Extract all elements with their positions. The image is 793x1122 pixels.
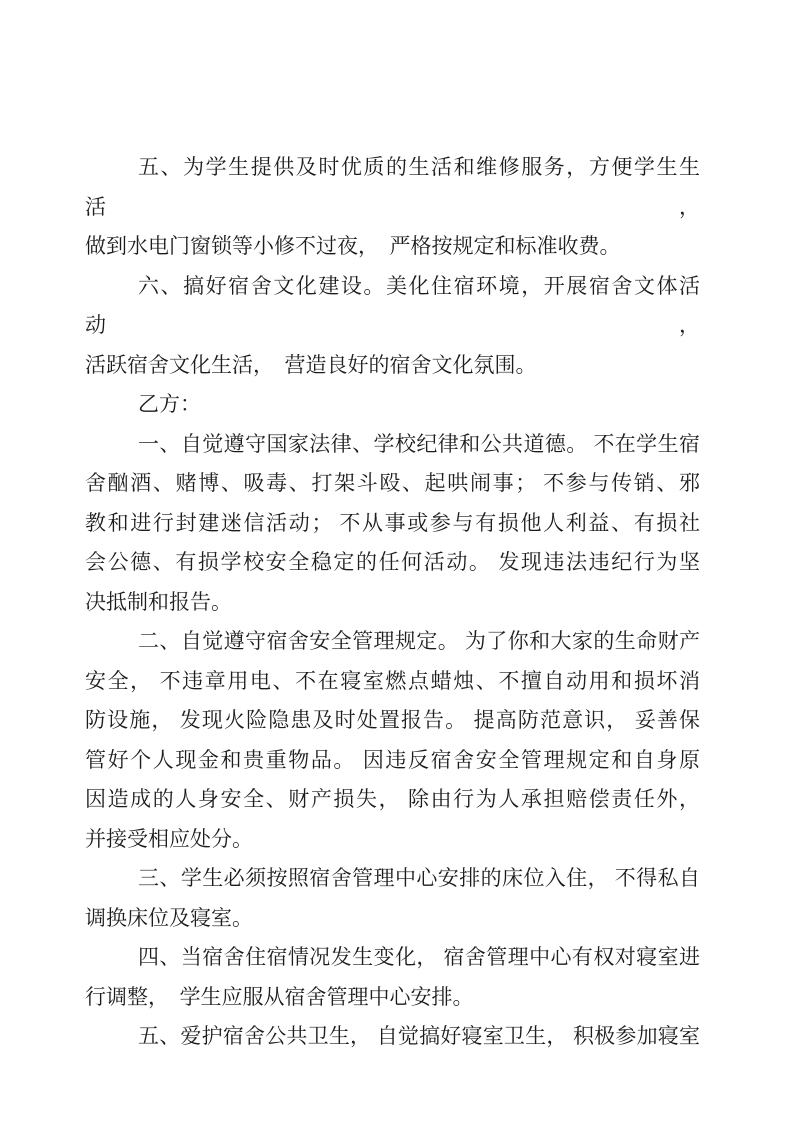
document-line: 六、搞好宿舍文化建设。美化住宿环境，开展宿舍文体活动， bbox=[85, 267, 700, 346]
document-line-party-b-heading: 乙方： bbox=[85, 385, 700, 425]
document-line: 教和进行封建迷信活动； 不从事或参与有损他人利益、有损社 bbox=[85, 504, 700, 544]
document-line: 决抵制和报告。 bbox=[85, 583, 700, 623]
document-line: 因造成的人身安全、财产损失， 除由行为人承担赔偿责任外， bbox=[85, 780, 700, 820]
document-line: 一、自觉遵守国家法律、学校纪律和公共道德。 不在学生宿 bbox=[85, 425, 700, 465]
document-text-block: 五、为学生提供及时优质的生活和维修服务，方便学生生活， 做到水电门窗锁等小修不过… bbox=[85, 148, 700, 1057]
document-line: 二、自觉遵守宿舍安全管理规定。 为了你和大家的生命财产 bbox=[85, 622, 700, 662]
document-page: 五、为学生提供及时优质的生活和维修服务，方便学生生活， 做到水电门窗锁等小修不过… bbox=[0, 0, 793, 1122]
document-line: 会公德、有损学校安全稳定的任何活动。 发现违法违纪行为坚 bbox=[85, 543, 700, 583]
document-line: 三、学生必须按照宿舍管理中心安排的床位入住， 不得私自 bbox=[85, 859, 700, 899]
document-line: 安全， 不违章用电、不在寝室燃点蜡烛、不擅自动用和损坏消 bbox=[85, 662, 700, 702]
document-line: 舍酗酒、赌博、吸毒、打架斗殴、起哄闹事； 不参与传销、邪 bbox=[85, 464, 700, 504]
document-line: 行调整， 学生应服从宿舍管理中心安排。 bbox=[85, 978, 700, 1018]
document-line: 四、当宿舍住宿情况发生变化， 宿舍管理中心有权对寝室进 bbox=[85, 938, 700, 978]
document-line: 调换床位及寝室。 bbox=[85, 899, 700, 939]
document-line: 五、爱护宿舍公共卫生， 自觉搞好寝室卫生， 积极参加寝室 bbox=[85, 1017, 700, 1057]
document-line: 活跃宿舍文化生活， 营造良好的宿舍文化氛围。 bbox=[85, 346, 700, 386]
document-line: 五、为学生提供及时优质的生活和维修服务，方便学生生活， bbox=[85, 148, 700, 227]
document-line: 管好个人现金和贵重物品。 因违反宿舍安全管理规定和自身原 bbox=[85, 741, 700, 781]
document-line: 并接受相应处分。 bbox=[85, 820, 700, 860]
document-line: 做到水电门窗锁等小修不过夜， 严格按规定和标准收费。 bbox=[85, 227, 700, 267]
document-line: 防设施， 发现火险隐患及时处置报告。 提高防范意识， 妥善保 bbox=[85, 701, 700, 741]
